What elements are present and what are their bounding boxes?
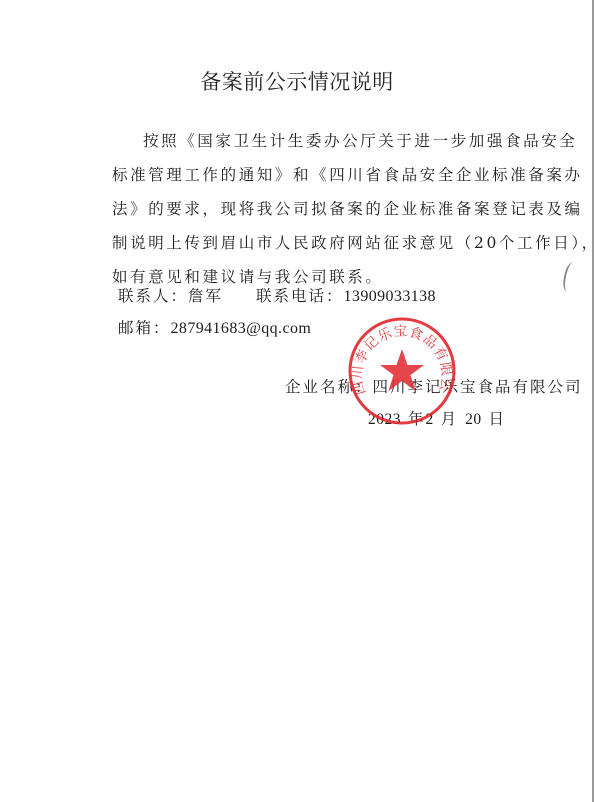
contact-person-label: 联系人： (118, 287, 188, 305)
contact-phone-value: 13909033138 (344, 288, 436, 305)
contact-person-name: 詹军 (188, 287, 223, 305)
contact-email-value: 287941683@qq.com (171, 320, 312, 337)
body-line: 法》的要求，现将我公司拟备案的企业标准备案登记表及编 (112, 192, 532, 226)
date-day-unit: 日 (489, 410, 507, 428)
body-paragraph: 按照《国家卫生计生委办公厅关于进一步加强食品安全 标准管理工作的通知》和《四川省… (112, 124, 532, 294)
document-title: 备案前公示情况说明 (0, 66, 594, 96)
contact-email-label: 邮箱： (118, 319, 171, 337)
company-seal-icon: 四川李记乐宝食品有限公司 (346, 315, 458, 427)
scan-mark (561, 261, 579, 293)
contact-phone: 联系电话：13909033138 (256, 284, 436, 306)
body-line: 制说明上传到眉山市人民政府网站征求意见（20个工作日）， (112, 226, 532, 260)
body-line: 标准管理工作的通知》和《四川省食品安全企业标准备案办 (112, 158, 532, 192)
date-day: 20 (465, 411, 482, 428)
contact-phone-label: 联系电话： (256, 287, 344, 305)
contact-person: 联系人：詹军 (118, 284, 223, 306)
body-line: 按照《国家卫生计生委办公厅关于进一步加强食品安全 (112, 124, 532, 158)
contact-email: 邮箱：287941683@qq.com (118, 316, 311, 338)
